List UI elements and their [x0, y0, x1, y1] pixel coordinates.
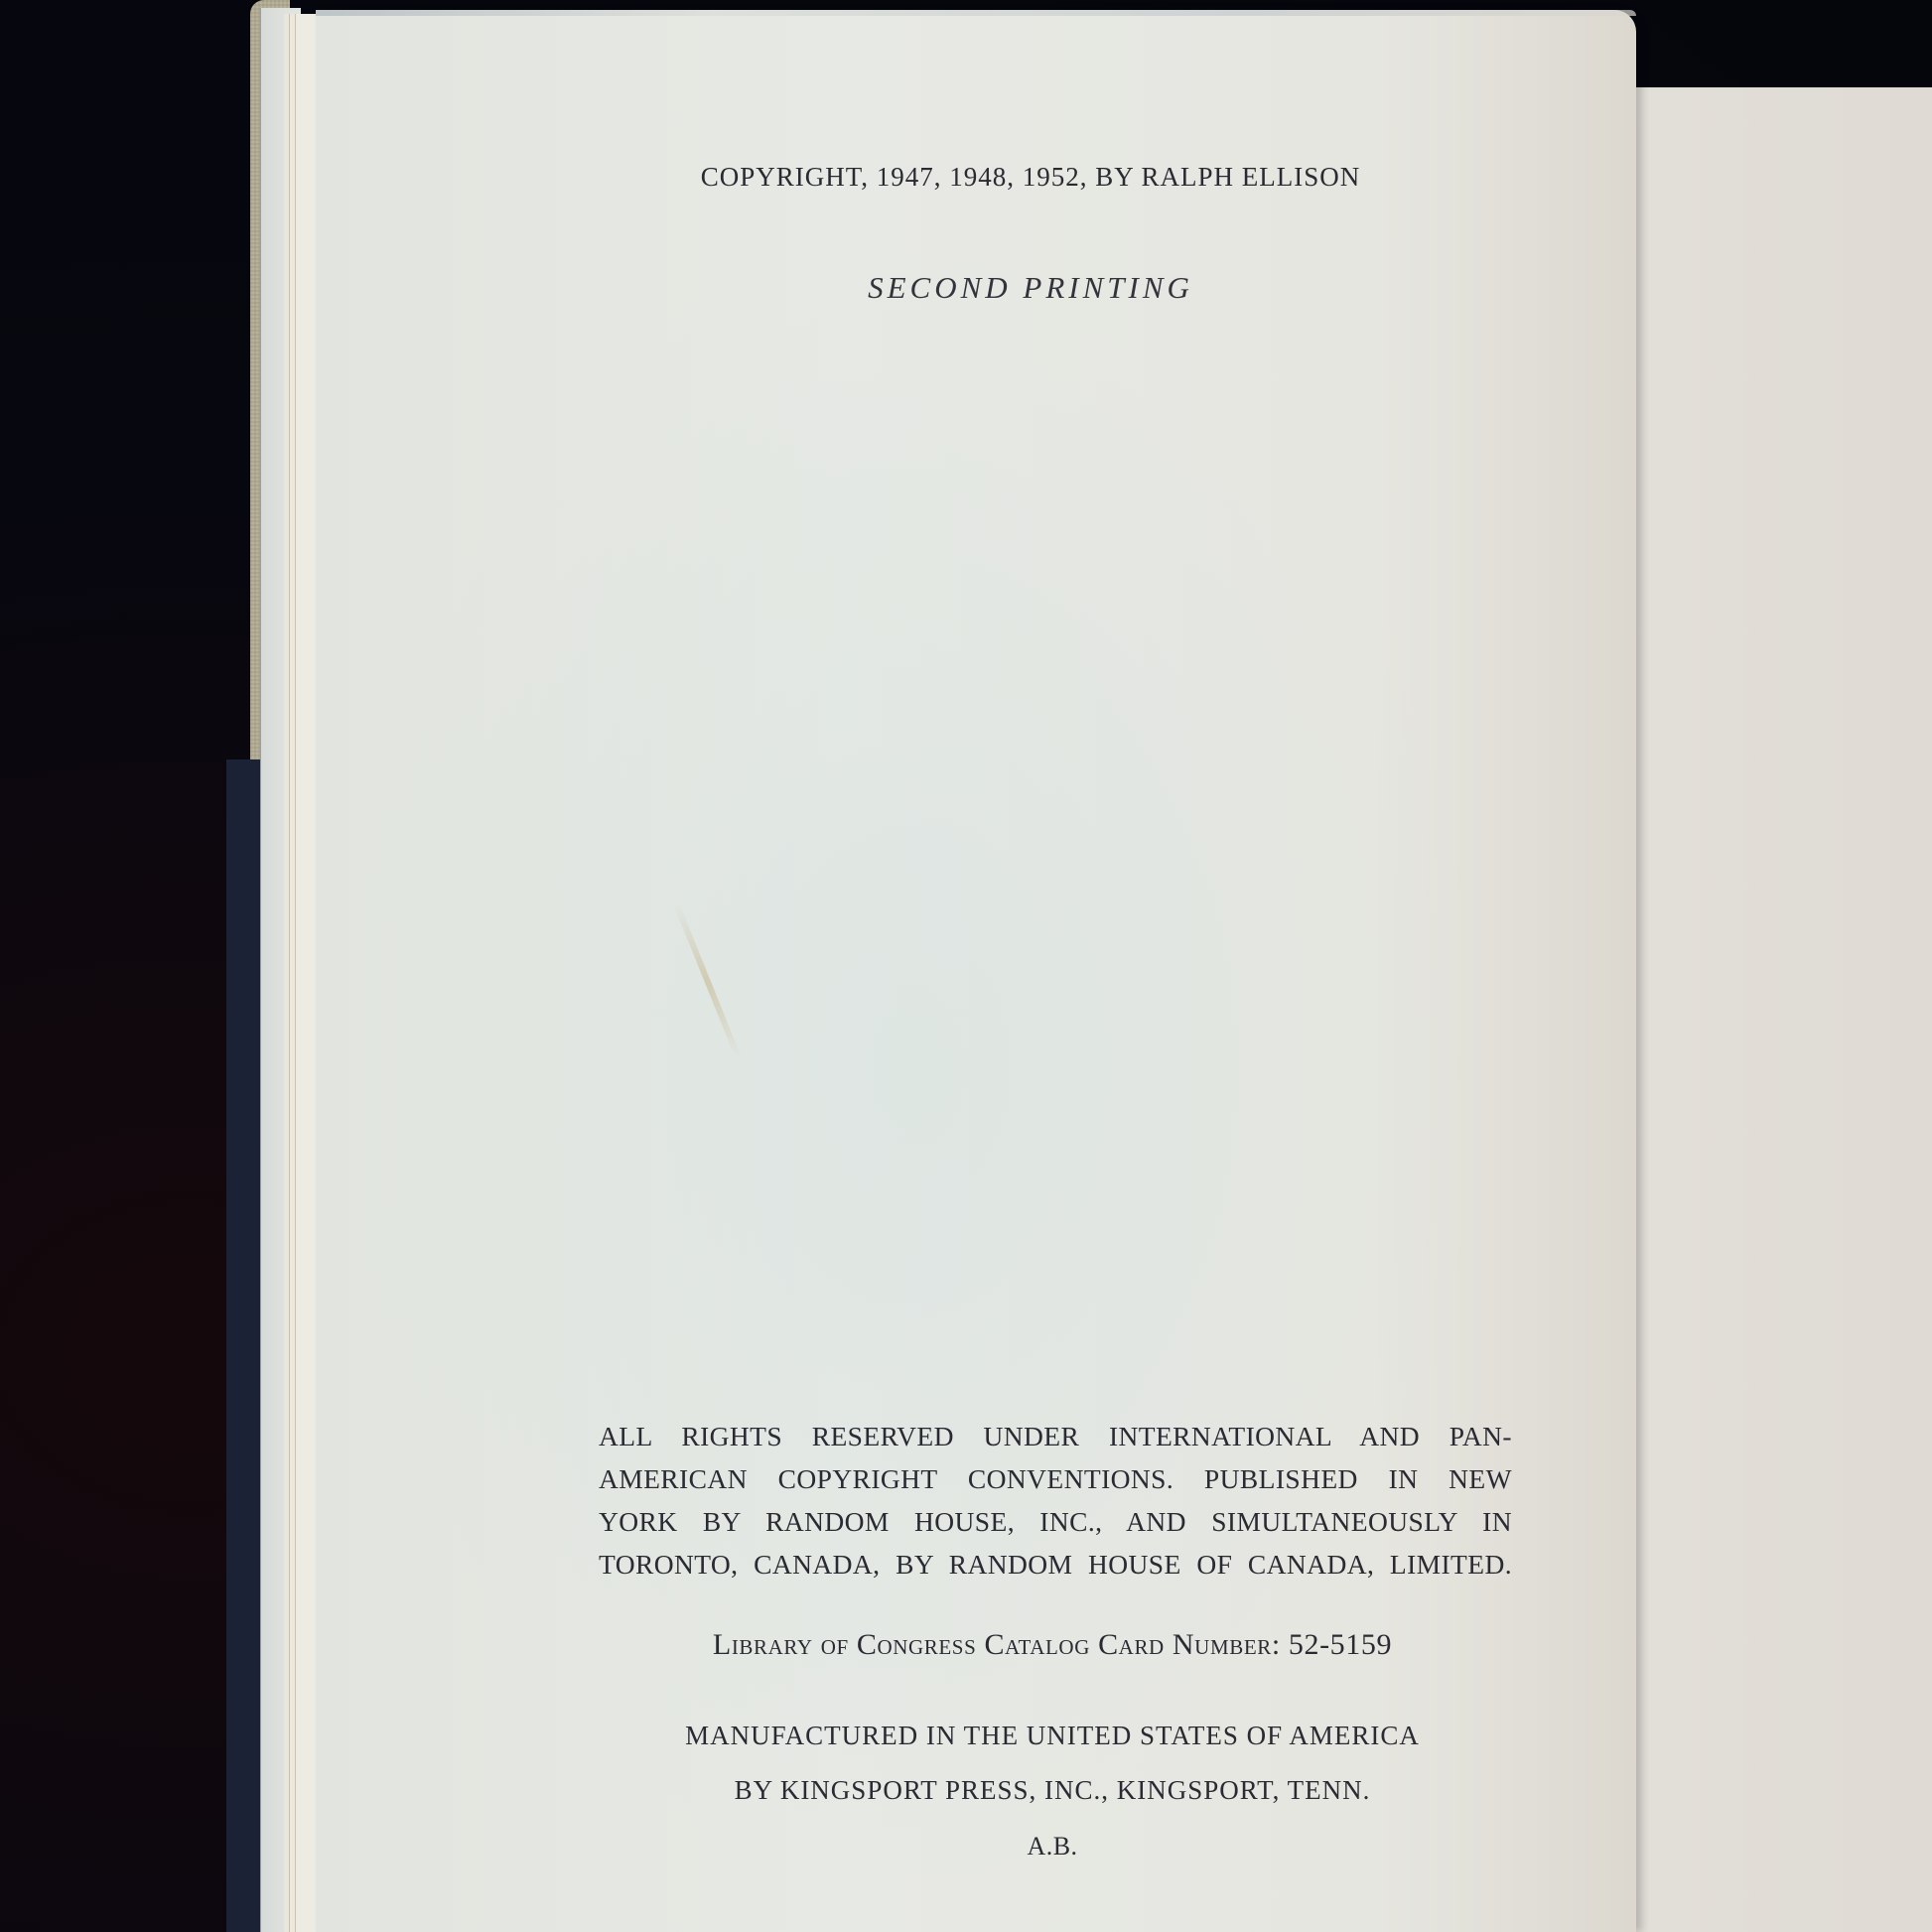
rights-line: TORONTO, CANADA, BY RANDOM HOUSE OF CANA…	[599, 1543, 1512, 1586]
rights-reserved-paragraph: ALL RIGHTS RESERVED UNDER INTERNATIONAL …	[599, 1415, 1512, 1586]
library-of-congress-number: Library of Congress Catalog Card Number:…	[596, 1628, 1509, 1662]
rights-line: AMERICAN COPYRIGHT CONVENTIONS. PUBLISHE…	[599, 1457, 1512, 1500]
page-top-edge	[316, 10, 1636, 16]
photo-scene: COPYRIGHT, 1947, 1948, 1952, BY RALPH EL…	[0, 0, 1932, 1932]
facing-page	[1588, 87, 1932, 1932]
printer-notice: BY KINGSPORT PRESS, INC., KINGSPORT, TEN…	[596, 1775, 1509, 1806]
copyright-notice: COPYRIGHT, 1947, 1948, 1952, BY RALPH EL…	[683, 162, 1378, 193]
rights-line: ALL RIGHTS RESERVED UNDER INTERNATIONAL …	[599, 1415, 1512, 1457]
manufactured-notice: MANUFACTURED IN THE UNITED STATES OF AME…	[596, 1721, 1509, 1751]
page-edges	[284, 14, 318, 1932]
printing-edition: SECOND PRINTING	[683, 270, 1378, 306]
page-stain	[673, 902, 742, 1061]
rights-line: YORK BY RANDOM HOUSE, INC., AND SIMULTAN…	[599, 1500, 1512, 1543]
printer-initials: A.B.	[596, 1832, 1509, 1862]
